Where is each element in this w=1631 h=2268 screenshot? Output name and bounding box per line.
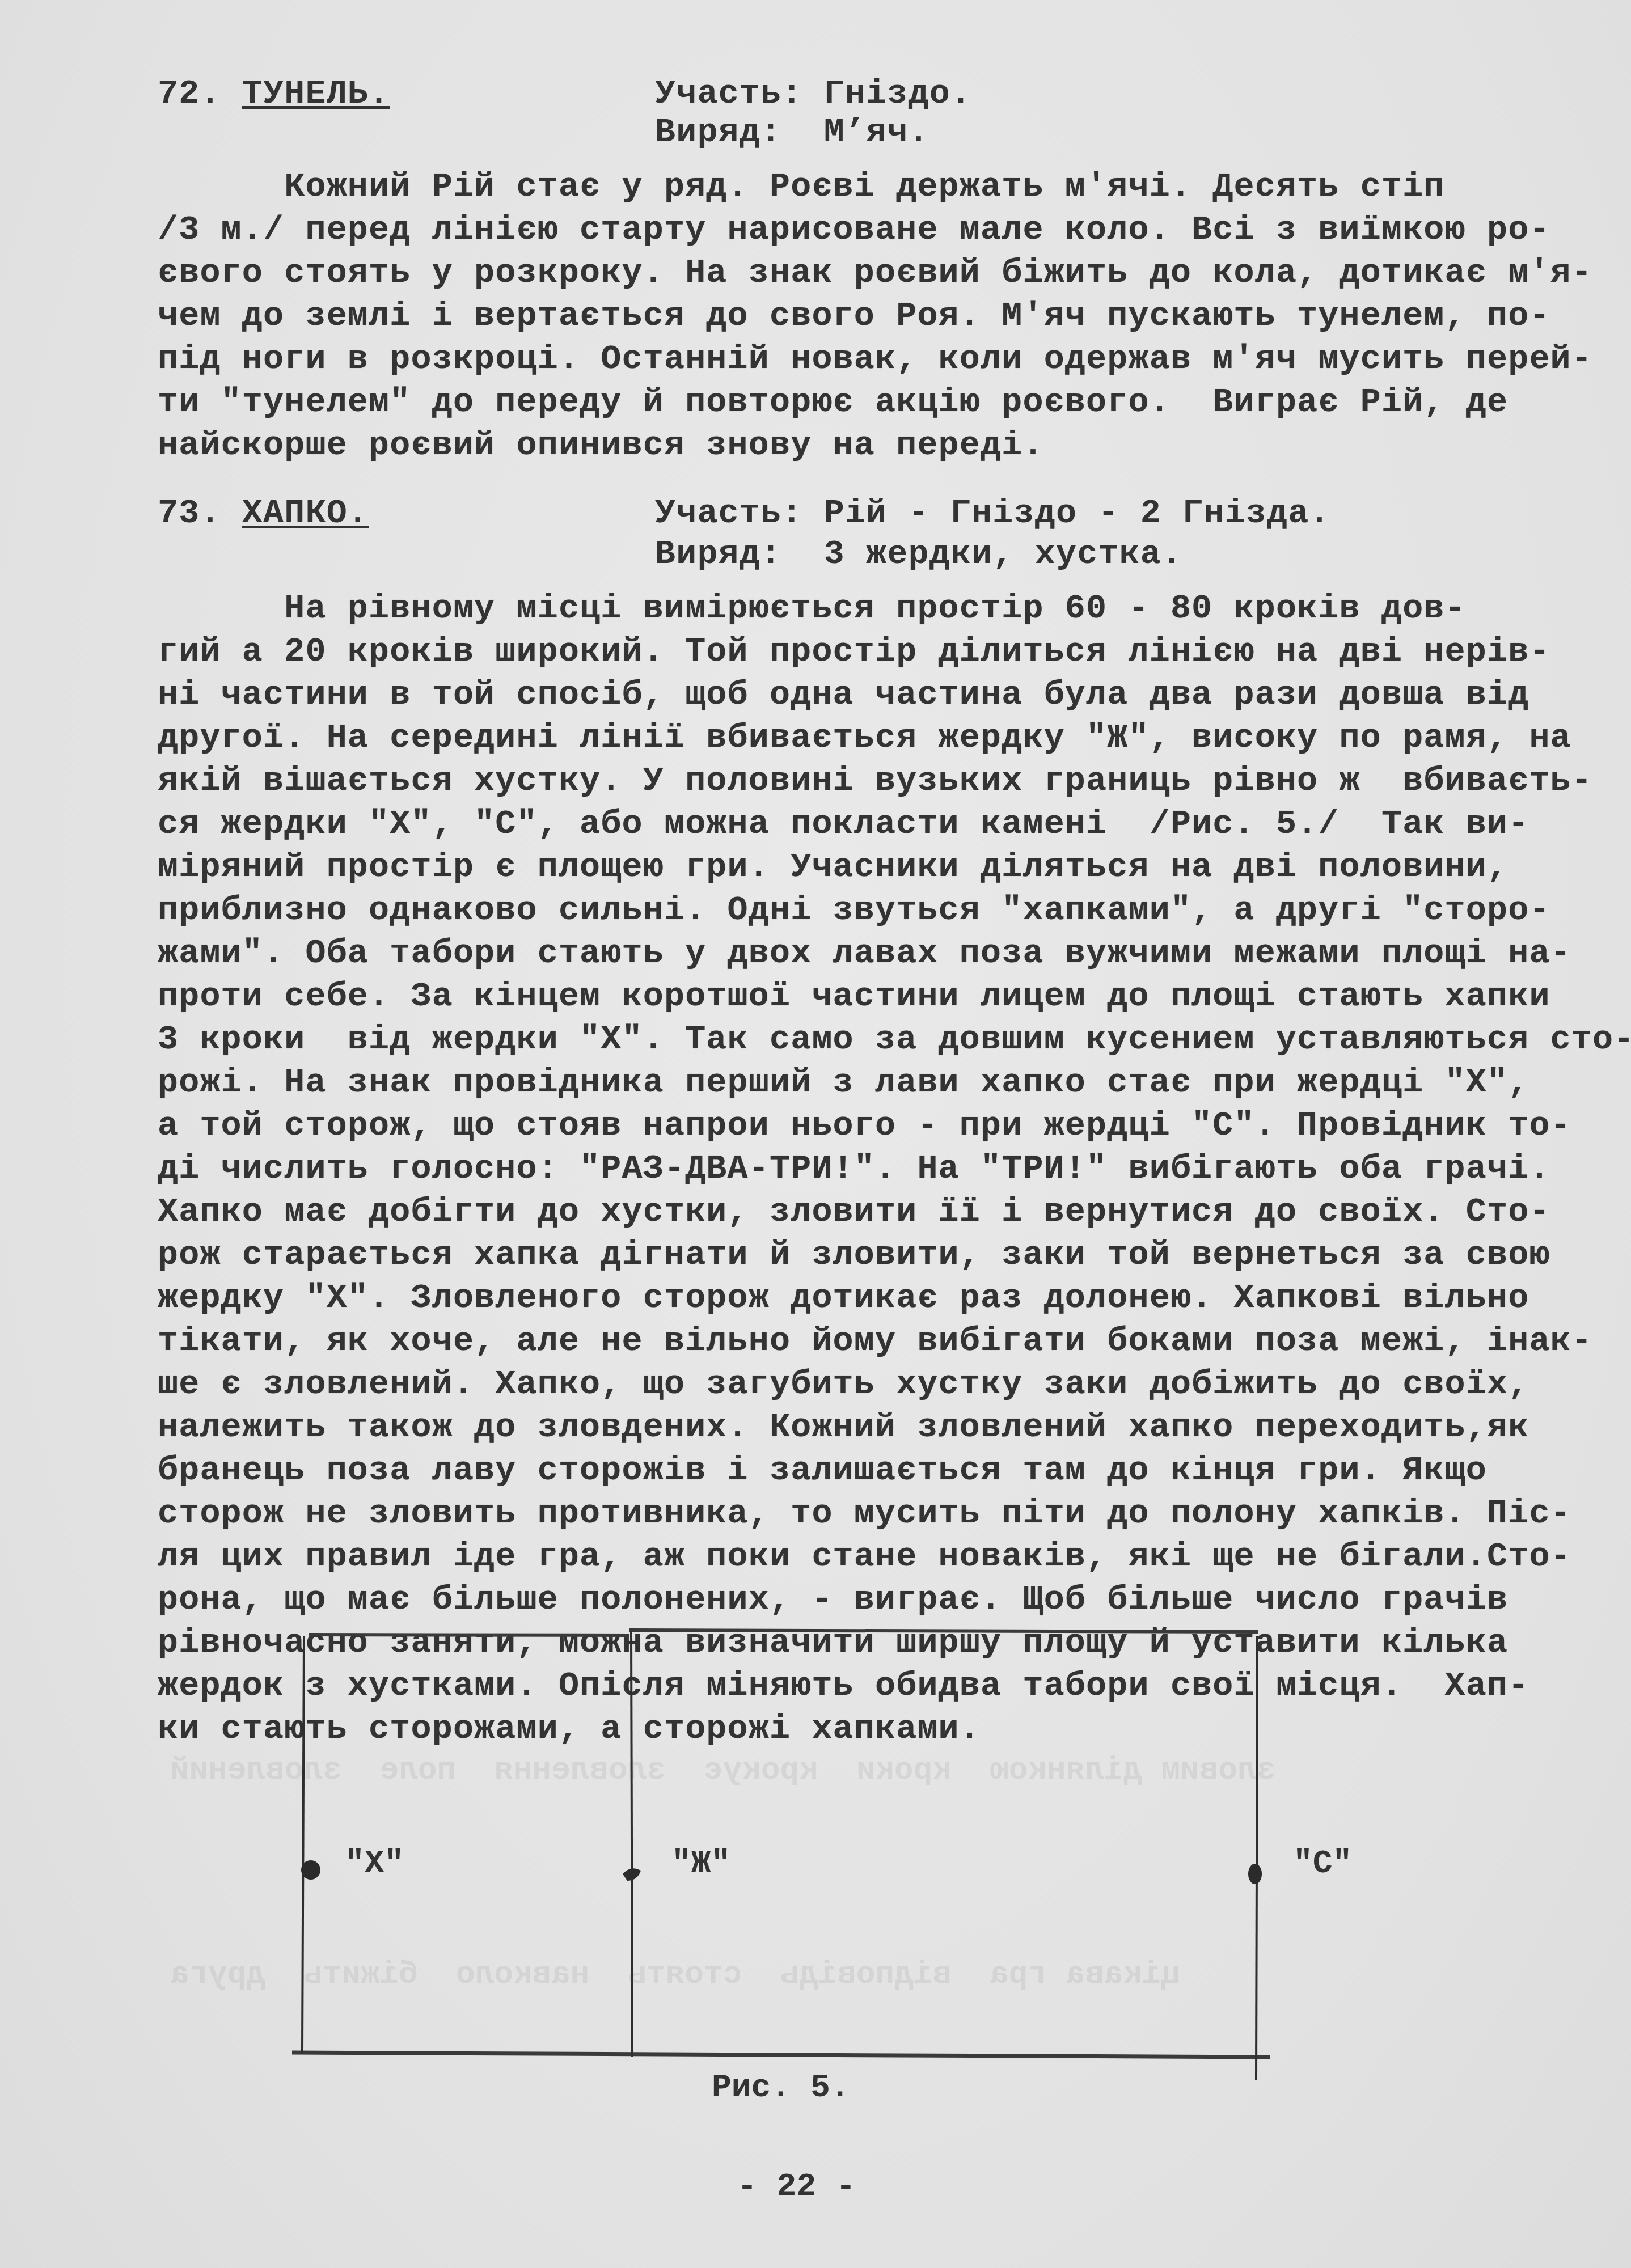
section-72-title: ТУНЕЛЬ.: [242, 75, 390, 113]
body-line: Кожний Рій стає у ряд. Роєві держать м'я…: [158, 166, 1445, 209]
body-line: ше є зловлений. Хапко, що загубить хустк…: [158, 1363, 1529, 1406]
body-line: жердку "Х". Зловленого сторож дотикає ра…: [158, 1277, 1529, 1320]
pole-s-marker: [1248, 1864, 1262, 1884]
body-line: євого стоять у розкроку. На знак роєвий …: [158, 252, 1592, 295]
bleed-through-text: цікава гра відповідь стоять навколо біжи…: [170, 1956, 1180, 1992]
body-line: рож старається хапка дігнати й зловити, …: [158, 1234, 1550, 1277]
section-72-number: 72.: [158, 75, 221, 113]
section-73-title: ХАПКО.: [242, 494, 369, 533]
body-line: приблизно однаково сильні. Одні звуться …: [158, 889, 1550, 932]
pole-s-label: "С": [1293, 1846, 1352, 1882]
section-73-heading: 73. ХАПКО.: [158, 492, 369, 535]
body-line: ля цих правил іде гра, аж поки стане нов…: [158, 1535, 1571, 1579]
body-line: жердок з хустками. Опісля міняють обидва…: [158, 1665, 1529, 1708]
equipment-value: М’яч.: [824, 113, 929, 152]
equipment-label: Виряд:: [655, 535, 781, 574]
body-line: другої. На середині лінії вбивається жер…: [158, 717, 1571, 760]
body-line: якій вішається хустку. У половині вузьки…: [158, 760, 1592, 803]
pole-x-label: "Х": [345, 1846, 404, 1882]
participation-label: Участь:: [655, 75, 802, 113]
body-line: ді числить голосно: "РАЗ-ДВА-ТРИ!". На "…: [158, 1148, 1550, 1191]
body-line: гий а 20 кроків широкий. Той простір діл…: [158, 631, 1550, 674]
body-line: найскорше роєвий опинився знову на перед…: [158, 424, 1044, 467]
section-72-heading: 72. ТУНЕЛЬ.: [158, 73, 390, 116]
pole-zh-label: "Ж": [671, 1846, 730, 1882]
body-line: ні частини в той спосіб, щоб одна частин…: [158, 674, 1529, 717]
participation-value: Рій - Гніздо - 2 Гнізда.: [824, 494, 1330, 533]
body-line: рожі. На знак провідника перший з лави х…: [158, 1061, 1529, 1105]
body-line: чем до землі і вертається до свого Роя. …: [158, 295, 1550, 338]
pole-x-marker: [301, 1860, 320, 1880]
body-line: під ноги в розкроці. Останній новак, кол…: [158, 338, 1592, 381]
section-73-equipment: Виряд: 3 жердки, хустка.: [655, 533, 1182, 576]
page-number: - 22 -: [737, 2169, 856, 2206]
body-line: жами". Оба табори стають у двох лавах по…: [158, 932, 1571, 975]
body-line: Хапко має добігти до хустки, зловити її …: [158, 1191, 1550, 1234]
bleed-through-text: зловим ділянкою кроки крокує зловлення п…: [170, 1752, 1275, 1788]
section-73-participation: Участь: Рій - Гніздо - 2 Гнізда.: [655, 492, 1330, 535]
body-line: На рівному місці вимірюється простір 60 …: [158, 587, 1466, 631]
section-73-number: 73.: [158, 494, 221, 533]
body-line: належить також до зловдених. Кожний злов…: [158, 1406, 1529, 1449]
body-line: тікати, як хоче, але не вільно йому вибі…: [158, 1320, 1592, 1363]
body-line: рівночасно заняти, можна визначити ширшу…: [158, 1622, 1508, 1665]
body-line: ки стають сторожами, а сторожі хапками.: [158, 1708, 981, 1751]
document-page: 72. ТУНЕЛЬ. Участь: Гніздо. Виряд: М’яч.…: [0, 0, 1631, 2268]
section-72-participation: Участь: Гніздо.: [655, 73, 971, 116]
body-line: ти "тунелем" до переду й повторює акцію …: [158, 381, 1508, 424]
body-line: /3 м./ перед лінією старту нарисоване ма…: [158, 209, 1550, 252]
pole-zh-marker: [623, 1868, 641, 1881]
body-line: ся жердки "Х", "С", або можна покласти к…: [158, 803, 1529, 846]
body-line: рона, що має більше полонених, - виграє.…: [158, 1579, 1508, 1622]
body-line: бранець поза лаву сторожів і залишається…: [158, 1449, 1487, 1492]
body-line: сторож не зловить противника, то мусить …: [158, 1492, 1571, 1535]
body-line: проти себе. За кінцем коротшої частини л…: [158, 975, 1550, 1018]
body-line: а той сторож, що стояв напрои нього - пр…: [158, 1105, 1571, 1148]
participation-label: Участь:: [655, 494, 802, 533]
equipment-value: 3 жердки, хустка.: [824, 535, 1183, 574]
section-72-equipment: Виряд: М’яч.: [655, 111, 929, 154]
equipment-label: Виряд:: [655, 113, 781, 152]
body-line: 3 кроки від жердки "Х". Так само за довш…: [158, 1018, 1631, 1061]
body-line: міряний простір є площею гри. Учасники д…: [158, 846, 1508, 889]
participation-value: Гніздо.: [824, 75, 971, 113]
figure-caption: Рис. 5.: [712, 2070, 850, 2106]
